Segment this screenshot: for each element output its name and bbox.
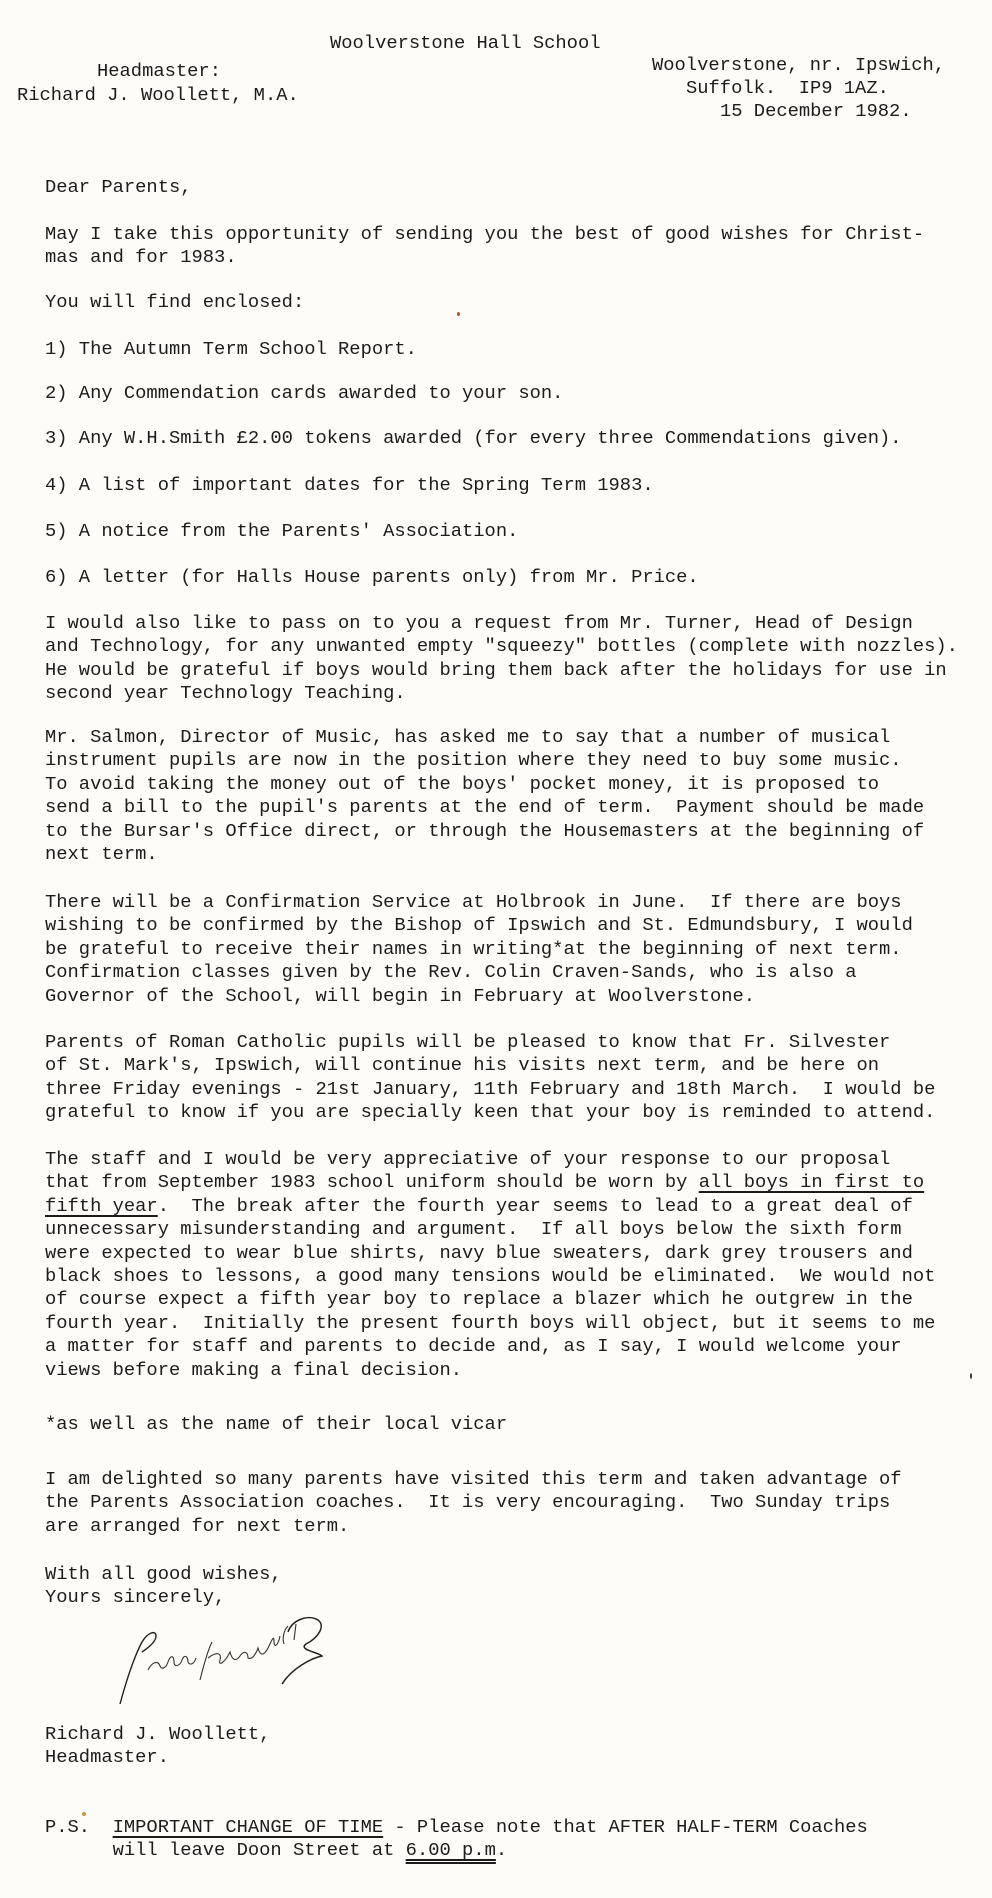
technology-paragraph: I would also like to pass on to you a re…: [45, 612, 958, 706]
text-segment: of course expect a fifth year boy to rep…: [45, 1288, 913, 1310]
text-line: There will be a Confirmation Service at …: [45, 891, 913, 914]
text-line: are arranged for next term.: [45, 1515, 902, 1538]
text-line: Mr. Salmon, Director of Music, has asked…: [45, 726, 924, 749]
visits-paragraph: I am delighted so many parents have visi…: [45, 1468, 902, 1538]
text-segment: *as well as the name of their local vica…: [45, 1413, 507, 1435]
text-segment: I would also like to pass on to you a re…: [45, 612, 913, 634]
text-line: I am delighted so many parents have visi…: [45, 1468, 902, 1491]
text-segment: next term.: [45, 843, 158, 865]
postscript: P.S. IMPORTANT CHANGE OF TIME - Please n…: [45, 1816, 868, 1863]
text-segment: He would be grateful if boys would bring…: [45, 659, 947, 681]
text-line: 3) Any W.H.Smith £2.00 tokens awarded (f…: [45, 427, 902, 450]
enclosure-item-3: 3) Any W.H.Smith £2.00 tokens awarded (f…: [45, 427, 902, 450]
handwritten-signature: [112, 1612, 392, 1712]
text-segment: wishing to be confirmed by the Bishop of…: [45, 914, 913, 936]
text-line: instrument pupils are now in the positio…: [45, 749, 924, 772]
letter-date: 15 December 1982.: [720, 100, 912, 123]
text-segment: 2) Any Commendation cards awarded to you…: [45, 382, 563, 404]
text-line: be grateful to receive their names in wr…: [45, 938, 913, 961]
text-line: unnecessary misunderstanding and argumen…: [45, 1218, 935, 1241]
enclosure-item-2: 2) Any Commendation cards awarded to you…: [45, 382, 563, 405]
text-line: grateful to know if you are specially ke…: [45, 1101, 935, 1124]
text-segment: grateful to know if you are specially ke…: [45, 1101, 935, 1123]
text-segment: the Parents Association coaches. It is v…: [45, 1491, 890, 1513]
text-segment: fourth year. Initially the present fourt…: [45, 1312, 935, 1334]
text-segment: black shoes to lessons, a good many tens…: [45, 1265, 935, 1287]
text-segment: I am delighted so many parents have visi…: [45, 1468, 902, 1490]
text-segment: Parents of Roman Catholic pupils will be…: [45, 1031, 890, 1053]
text-line: of St. Mark's, Ipswich, will continue hi…: [45, 1054, 935, 1077]
text-segment: be grateful to receive their names in wr…: [45, 938, 902, 960]
school-name: Woolverstone Hall School: [330, 32, 601, 55]
text-segment: 6) A letter (for Halls House parents onl…: [45, 566, 699, 588]
text-line: I would also like to pass on to you a re…: [45, 612, 958, 635]
text-line: The staff and I would be very appreciati…: [45, 1148, 935, 1171]
text-line: fifth year. The break after the fourth y…: [45, 1195, 935, 1218]
text-line: Governor of the School, will begin in Fe…: [45, 985, 913, 1008]
text-line: Parents of Roman Catholic pupils will be…: [45, 1031, 935, 1054]
text-line: of course expect a fifth year boy to rep…: [45, 1288, 935, 1311]
text-segment: 5) A notice from the Parents' Associatio…: [45, 520, 518, 542]
text-line: and Technology, for any unwanted empty "…: [45, 635, 958, 658]
text-segment: to the Bursar's Office direct, or throug…: [45, 820, 924, 842]
text-line: views before making a final decision.: [45, 1359, 935, 1382]
text-line: Confirmation classes given by the Rev. C…: [45, 961, 913, 984]
text-segment: were expected to wear blue shirts, navy …: [45, 1242, 913, 1264]
text-line: *as well as the name of their local vica…: [45, 1413, 507, 1436]
text-segment: a matter for staff and parents to decide…: [45, 1335, 902, 1357]
text-line: that from September 1983 school uniform …: [45, 1171, 935, 1194]
footnote: *as well as the name of their local vica…: [45, 1413, 507, 1436]
text-line: black shoes to lessons, a good many tens…: [45, 1265, 935, 1288]
text-line: mas and for 1983.: [45, 246, 924, 269]
text-line: 5) A notice from the Parents' Associatio…: [45, 520, 518, 543]
text-segment: 1) The Autumn Term School Report.: [45, 338, 417, 360]
text-line: send a bill to the pupil's parents at th…: [45, 796, 924, 819]
text-segment: views before making a final decision.: [45, 1359, 462, 1381]
text-line: to the Bursar's Office direct, or throug…: [45, 820, 924, 843]
text-segment: - Please note that AFTER HALF-TERM Coach…: [383, 1816, 868, 1838]
text-line: 6) A letter (for Halls House parents onl…: [45, 566, 699, 589]
underlined-text: fifth year: [45, 1195, 158, 1217]
text-line: To avoid taking the money out of the boy…: [45, 773, 924, 796]
closing: With all good wishes,Yours sincerely,: [45, 1563, 282, 1610]
text-line: the Parents Association coaches. It is v…: [45, 1491, 902, 1514]
text-line: 1) The Autumn Term School Report.: [45, 338, 417, 361]
underlined-text: 6.00 p.m: [406, 1839, 496, 1861]
text-segment: send a bill to the pupil's parents at th…: [45, 796, 924, 818]
text-segment: and Technology, for any unwanted empty "…: [45, 635, 958, 657]
address-line-2: Suffolk. IP9 1AZ.: [686, 77, 889, 100]
text-segment: 4) A list of important dates for the Spr…: [45, 474, 654, 496]
music-paragraph: Mr. Salmon, Director of Music, has asked…: [45, 726, 924, 866]
text-segment: unnecessary misunderstanding and argumen…: [45, 1218, 902, 1240]
text-line: Headmaster.: [45, 1746, 270, 1769]
greeting-paragraph: May I take this opportunity of sending y…: [45, 223, 924, 270]
enclosure-item-5: 5) A notice from the Parents' Associatio…: [45, 520, 518, 543]
text-line: 4) A list of important dates for the Spr…: [45, 474, 654, 497]
text-segment: are arranged for next term.: [45, 1515, 349, 1537]
text-line: With all good wishes,: [45, 1563, 282, 1586]
headmaster-name: Richard J. Woollett, M.A.: [17, 84, 299, 107]
text-segment: Mr. Salmon, Director of Music, has asked…: [45, 726, 890, 748]
enclosure-item-1: 1) The Autumn Term School Report.: [45, 338, 417, 361]
catholic-paragraph: Parents of Roman Catholic pupils will be…: [45, 1031, 935, 1125]
text-segment: You will find enclosed:: [45, 291, 304, 313]
text-segment: P.S.: [45, 1816, 113, 1838]
text-segment: will leave Doon Street at: [45, 1839, 406, 1861]
enclosure-item-4: 4) A list of important dates for the Spr…: [45, 474, 654, 497]
text-line: wishing to be confirmed by the Bishop of…: [45, 914, 913, 937]
address-line-1: Woolverstone, nr. Ipswich,: [652, 54, 945, 77]
text-segment: There will be a Confirmation Service at …: [45, 891, 902, 913]
salutation: Dear Parents,: [45, 176, 192, 199]
text-line: three Friday evenings - 21st January, 11…: [45, 1078, 935, 1101]
text-segment: Richard J. Woollett,: [45, 1723, 270, 1745]
text-segment: three Friday evenings - 21st January, 11…: [45, 1078, 935, 1100]
text-segment: .: [496, 1839, 507, 1861]
text-segment: . The break after the fourth year seems …: [158, 1195, 913, 1217]
text-segment: The staff and I would be very appreciati…: [45, 1148, 890, 1170]
text-segment: instrument pupils are now in the positio…: [45, 749, 902, 771]
text-line: You will find enclosed:: [45, 291, 304, 314]
text-line: Richard J. Woollett,: [45, 1723, 270, 1746]
text-line: 2) Any Commendation cards awarded to you…: [45, 382, 563, 405]
underlined-text: IMPORTANT CHANGE OF TIME: [113, 1816, 384, 1838]
enclosed-intro: You will find enclosed:: [45, 291, 304, 314]
text-line: Yours sincerely,: [45, 1586, 282, 1609]
text-segment: Confirmation classes given by the Rev. C…: [45, 961, 856, 983]
text-segment: With all good wishes,: [45, 1563, 282, 1585]
enclosure-item-6: 6) A letter (for Halls House parents onl…: [45, 566, 699, 589]
text-segment: Governor of the School, will begin in Fe…: [45, 985, 755, 1007]
uniform-paragraph: The staff and I would be very appreciati…: [45, 1148, 935, 1382]
text-segment: that from September 1983 school uniform …: [45, 1171, 699, 1193]
text-line: P.S. IMPORTANT CHANGE OF TIME - Please n…: [45, 1816, 868, 1839]
text-line: a matter for staff and parents to decide…: [45, 1335, 935, 1358]
confirmation-paragraph: There will be a Confirmation Service at …: [45, 891, 913, 1008]
text-segment: of St. Mark's, Ipswich, will continue hi…: [45, 1054, 879, 1076]
text-line: will leave Doon Street at 6.00 p.m.: [45, 1839, 868, 1862]
text-line: next term.: [45, 843, 924, 866]
text-segment: To avoid taking the money out of the boy…: [45, 773, 879, 795]
text-line: fourth year. Initially the present fourt…: [45, 1312, 935, 1335]
text-segment: Yours sincerely,: [45, 1586, 225, 1608]
text-segment: 3) Any W.H.Smith £2.00 tokens awarded (f…: [45, 427, 902, 449]
text-line: second year Technology Teaching.: [45, 682, 958, 705]
underlined-text: all boys in first to: [699, 1171, 924, 1193]
text-segment: mas and for 1983.: [45, 246, 237, 268]
text-segment: Headmaster.: [45, 1746, 169, 1768]
headmaster-label: Headmaster:: [97, 60, 221, 83]
text-segment: second year Technology Teaching.: [45, 682, 406, 704]
text-segment: May I take this opportunity of sending y…: [45, 223, 924, 245]
text-line: May I take this opportunity of sending y…: [45, 223, 924, 246]
text-line: He would be grateful if boys would bring…: [45, 659, 958, 682]
text-line: were expected to wear blue shirts, navy …: [45, 1242, 935, 1265]
signatory: Richard J. Woollett,Headmaster.: [45, 1723, 270, 1770]
